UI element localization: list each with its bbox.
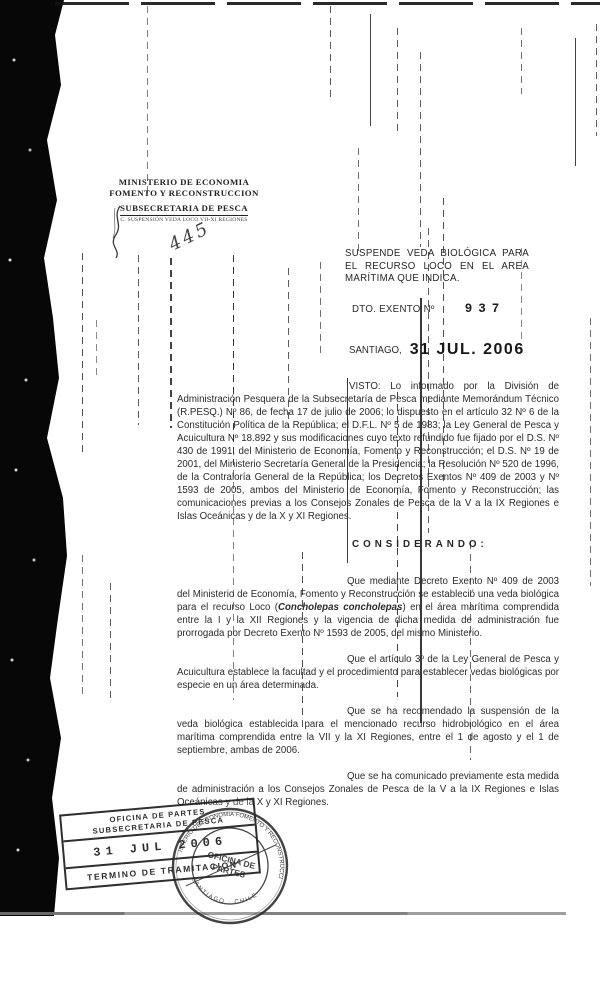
- city-label: SANTIAGO,: [349, 345, 402, 356]
- place-date-line: SANTIAGO,31 JUL. 2006: [349, 340, 525, 358]
- scan-artifact-line: [590, 318, 591, 586]
- scan-artifact-line: [82, 253, 83, 453]
- scan-artifact-line: [420, 52, 421, 247]
- scan-artifact-line: [170, 258, 172, 428]
- visto-paragraph: VISTO: Lo informado por la División de A…: [177, 380, 559, 523]
- scan-artifact-line: [397, 28, 398, 136]
- considerando-heading: CONSIDERANDO:: [352, 538, 559, 551]
- scan-artifact-line: [82, 555, 83, 695]
- scan-artifact-line: [596, 24, 597, 136]
- decree-number-label: DTO. EXENTO Nº: [352, 304, 435, 315]
- scan-artifact-line: [320, 262, 321, 357]
- scan-artifact-line: [147, 6, 148, 196]
- considerando-paragraph-1: Que mediante Decreto Exento Nº 409 de 20…: [177, 575, 559, 640]
- decree-number-line: DTO. EXENTO Nº937: [352, 302, 505, 316]
- handwritten-number: 445: [166, 218, 214, 256]
- considerando-paragraph-2: Que el artículo 3º de la Ley General de …: [177, 653, 559, 692]
- subsecretaria-line: SUBSECRETARIA DE PESCA: [120, 203, 248, 216]
- considerando-paragraph-3: Que se ha recomendado la suspensión de l…: [177, 705, 559, 757]
- scan-bottom-edge-line: [0, 912, 566, 915]
- ministry-line1: MINISTERIO DE ECONOMIA: [84, 177, 284, 188]
- scan-artifact-line: [575, 38, 576, 166]
- scan-top-edge-line: [55, 2, 600, 5]
- scan-edge-band: [0, 0, 70, 916]
- scanned-decree-page: MINISTERIO DE ECONOMIA FOMENTO Y RECONST…: [0, 0, 600, 987]
- ministry-line2: FOMENTO Y RECONSTRUCCION: [84, 188, 284, 199]
- pen-flourish-mark: [106, 204, 132, 260]
- decree-number-value: 937: [465, 302, 506, 316]
- scan-artifact-line: [138, 255, 139, 425]
- date-stamp: 31 JUL. 2006: [410, 341, 525, 358]
- scan-artifact-line: [110, 583, 111, 703]
- scan-artifact-line: [96, 320, 97, 380]
- scan-artifact-line: [330, 6, 331, 101]
- scan-artifact-line: [370, 14, 371, 126]
- scan-artifact-line: [521, 28, 522, 94]
- decree-title: SUSPENDE VEDA BIOLÓGICA PARA EL RECURSO …: [345, 248, 529, 286]
- species-name: Concholepas concholepas: [278, 602, 402, 613]
- scan-artifact-line: [358, 148, 359, 256]
- document-body: VISTO: Lo informado por la División de A…: [177, 380, 559, 822]
